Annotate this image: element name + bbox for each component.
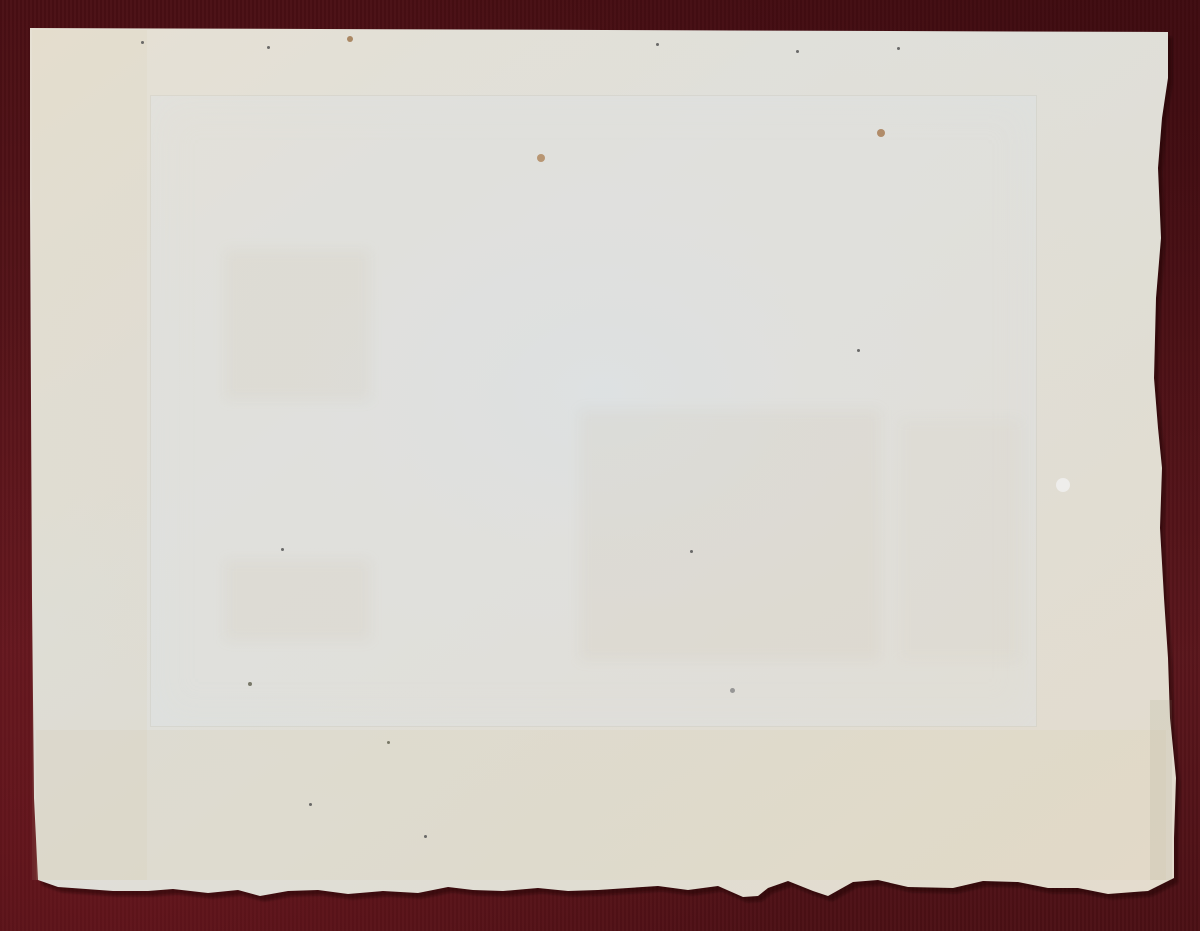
paper-outline (0, 0, 1200, 931)
velvet-background: Reverse side of an antique deckle-edged … (0, 0, 1200, 931)
paper-sheet (0, 0, 1200, 931)
